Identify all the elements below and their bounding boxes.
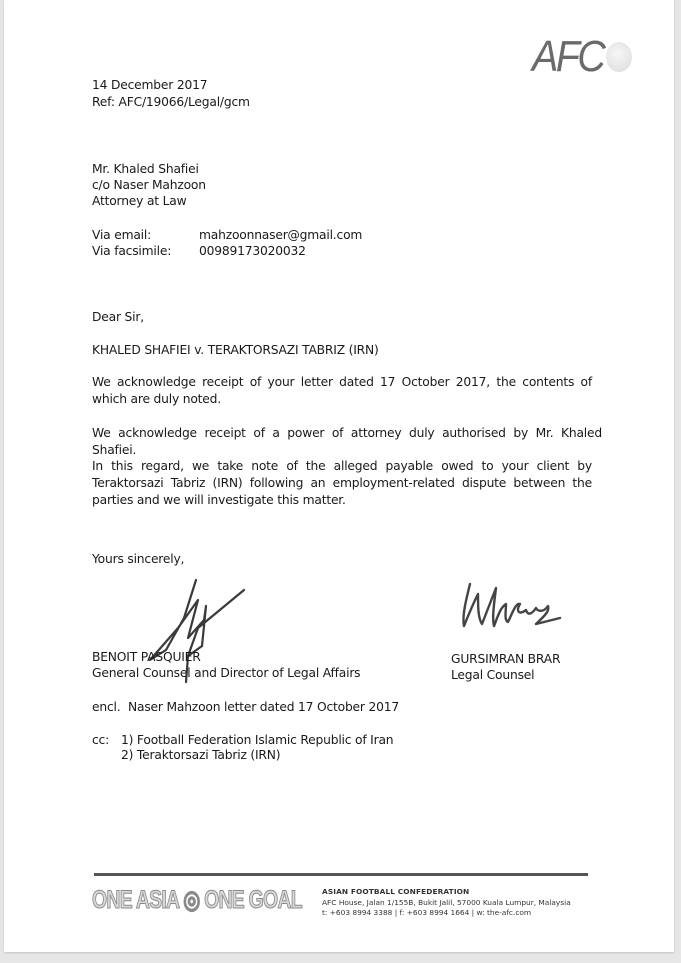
signatory-1-title: General Counsel and Director of Legal Af…	[92, 665, 360, 682]
body-paragraph-3: In this regard, we take note of the alle…	[92, 458, 592, 509]
cc-item-2: 2) Teraktorsazi Tabriz (IRN)	[121, 747, 280, 764]
footer-divider	[94, 873, 588, 876]
closing: Yours sincerely,	[92, 551, 184, 568]
contact-fax-value: 00989173020032	[199, 243, 306, 260]
letter-reference: Ref: AFC/19066/Legal/gcm	[92, 94, 250, 111]
recipient-name: Mr. Khaled Shafiei	[92, 161, 199, 178]
recipient-role: Attorney at Law	[92, 193, 186, 210]
footer-address: AFC House, Jalan 1/155B, Bukit Jalil, 57…	[322, 898, 571, 908]
signatory-1-name: BENOIT PASQUIER	[92, 649, 201, 666]
footer-contact: t: +603 8994 3388 | f: +603 8994 1664 | …	[322, 908, 531, 918]
contact-fax-label: Via facsimile:	[92, 243, 171, 260]
body-paragraph-1: We acknowledge receipt of your letter da…	[92, 374, 592, 408]
footer-organization: ASIAN FOOTBALL CONFEDERATION	[322, 887, 469, 896]
signature-brar	[456, 580, 566, 635]
subject-line: KHALED SHAFIEI v. TERAKTORSAZI TABRIZ (I…	[92, 342, 379, 359]
footer-slogan: ONE ASIA ◎ ONE GOAL	[92, 885, 302, 915]
contact-email-label: Via email:	[92, 227, 151, 244]
cc-label: cc:	[92, 732, 109, 749]
letter-date: 14 December 2017	[92, 77, 207, 94]
contact-email-value[interactable]: mahzoonnaser@gmail.com	[199, 227, 362, 244]
football-icon	[606, 42, 632, 72]
letter-page: AFC 14 December 2017 Ref: AFC/19066/Lega…	[4, 0, 674, 952]
enclosure-label: encl.	[92, 699, 120, 716]
recipient-care-of: c/o Naser Mahzoon	[92, 177, 206, 194]
signatory-2-title: Legal Counsel	[451, 667, 534, 684]
body-paragraph-2: We acknowledge receipt of a power of att…	[92, 425, 602, 459]
afc-logo-text: AFC	[532, 32, 603, 82]
afc-logo: AFC	[532, 32, 642, 82]
enclosure-text: Naser Mahzoon letter dated 17 October 20…	[128, 699, 399, 716]
signatory-2-name: GURSIMRAN BRAR	[451, 651, 560, 668]
salutation: Dear Sir,	[92, 309, 144, 326]
